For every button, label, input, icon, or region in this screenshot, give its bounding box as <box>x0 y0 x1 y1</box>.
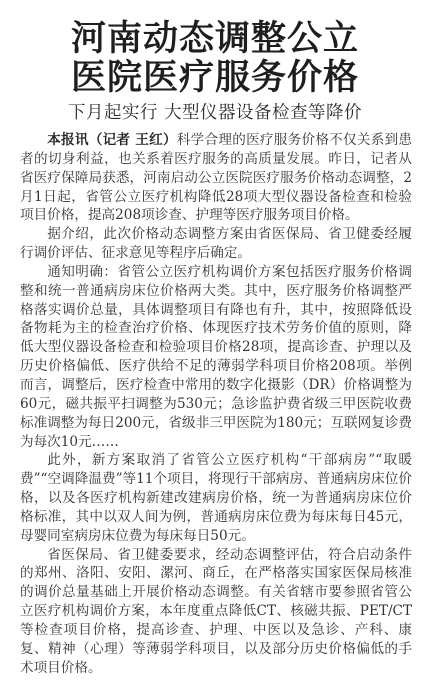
dateline-lead: 本报讯（记者 王红） <box>47 132 177 148</box>
headline-line-2: 医院医疗服务价格 <box>0 59 430 97</box>
paragraph-3: 通知明确：省管公立医疗机构调价方案包括医疗服务价格调整和统一普通病房床位价格两大… <box>20 263 412 451</box>
paragraph-text: 此外，新方案取消了省管公立医疗机构“干部病房”“取暖费”“空调降温费”等11个项… <box>20 452 412 543</box>
article-body: 本报讯（记者 王红）科学合理的医疗服务价格不仅关系到患者的切身利益，也关系着医疗… <box>20 131 412 677</box>
paragraph-text: 通知明确：省管公立医疗机构调价方案包括医疗服务价格调整和统一普通病房床位价格两大… <box>20 264 412 450</box>
paragraph-2: 据介绍，此次价格动态调整方案由省医保局、省卫健委经履行调价评估、征求意见等程序后… <box>20 225 412 263</box>
paragraph-5: 省医保局、省卫健委要求，经动态调整评估，符合启动条件的郑州、洛阳、安阳、漯河、商… <box>20 546 412 678</box>
headline-line-1: 河南动态调整公立 <box>0 20 430 58</box>
paragraph-text: 据介绍，此次价格动态调整方案由省医保局、省卫健委经履行调价评估、征求意见等程序后… <box>20 226 412 261</box>
paragraph-4: 此外，新方案取消了省管公立医疗机构“干部病房”“取暖费”“空调降温费”等11个项… <box>20 451 412 545</box>
paragraph-1: 本报讯（记者 王红）科学合理的医疗服务价格不仅关系到患者的切身利益，也关系着医疗… <box>20 131 412 225</box>
paragraph-text: 省医保局、省卫健委要求，经动态调整评估，符合启动条件的郑州、洛阳、安阳、漯河、商… <box>20 547 412 676</box>
subheadline: 下月起实行 大型仪器设备检查等降价 <box>0 101 430 125</box>
